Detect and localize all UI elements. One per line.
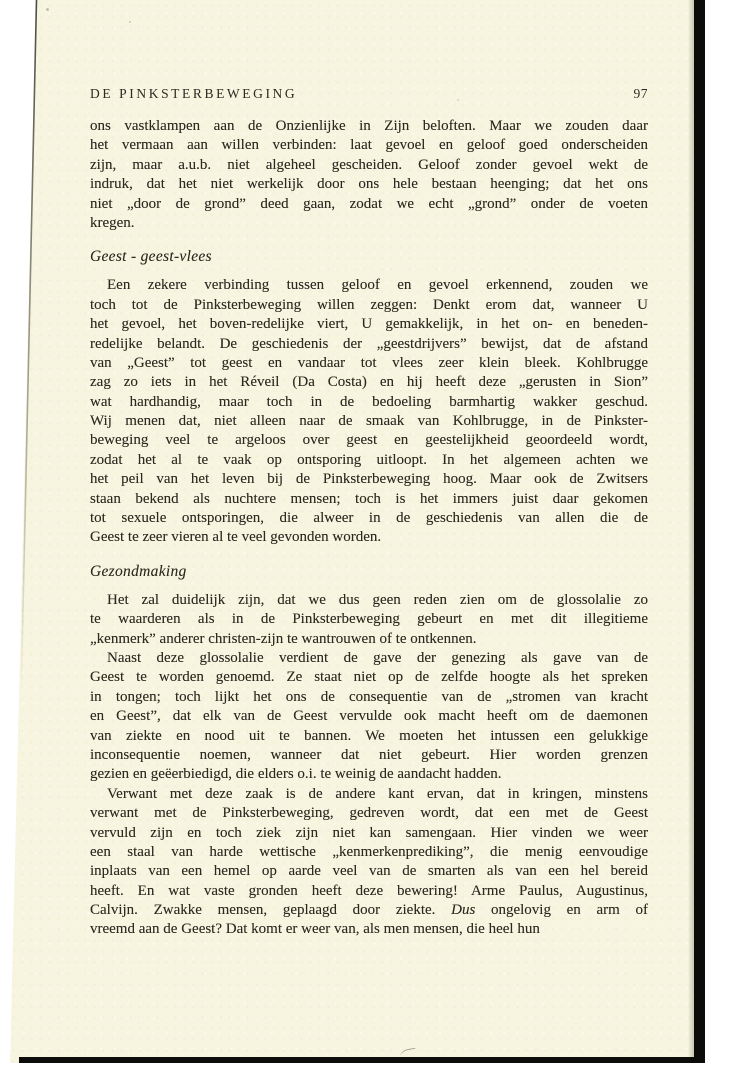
text-line: Het zal duidelijk zijn, dat we dus geen … (90, 591, 648, 610)
scan-speck (129, 21, 131, 23)
text-line: ons vastklampen aan de Onzienlijke in Zi… (90, 117, 648, 136)
text-line: niet „door de grond” deed gaan, zodat we… (90, 195, 648, 214)
text-line: en Geest”, dat elk van de Geest vervulde… (90, 707, 648, 726)
text-line: Een zekere verbinding tussen geloof en g… (90, 276, 648, 295)
text-line: Wij menen dat, niet alleen naar de smaak… (90, 412, 648, 431)
text-line: een staal van harde wettische „kenmerken… (90, 843, 648, 862)
text-line: Calvijn. Zwakke mensen, geplaagd door zi… (90, 901, 648, 920)
text-line: Naast deze glossolalie verdient de gave … (90, 649, 648, 668)
text-line: Geest te zeer vieren al te veel gevonden… (90, 528, 648, 547)
text-line: Verwant met deze zaak is de andere kant … (90, 785, 648, 804)
text-line: in tongen; toch lijkt het ons de consequ… (90, 688, 648, 707)
text-line: het gevoel, het boven-redelijke viert, U… (90, 315, 648, 334)
running-header: DE PINKSTERBEWEGING 97 (90, 86, 648, 102)
text-line: Geest te worden genoemd. Ze staat niet o… (90, 668, 648, 687)
page-body: ons vastklampen aan de Onzienlijke in Zi… (90, 117, 648, 940)
paragraph: Het zal duidelijk zijn, dat we dus geen … (90, 591, 648, 649)
paragraph: Een zekere verbinding tussen geloof en g… (90, 276, 648, 547)
scan-black-bar-right (694, 0, 705, 1063)
text-line: zijn, maar a.u.b. niet algeheel gescheid… (90, 156, 648, 175)
text-line: tot sexuele ontsporingen, die alweer in … (90, 509, 648, 528)
text-line: „kenmerk” anderer christen-zijn te wantr… (90, 630, 648, 649)
section-heading: Gezondmaking (90, 561, 648, 582)
text-line: verwant met de Pinksterbeweging, gedreve… (90, 804, 648, 823)
text-line: van ziekte en nood uit te bannen. We moe… (90, 727, 648, 746)
italic-text: Dus (451, 902, 475, 918)
text-line: kregen. (90, 214, 648, 233)
text-line: zag zo iets in het Réveil (Da Costa) en … (90, 373, 648, 392)
scan-black-bar-bottom (19, 1057, 705, 1063)
text-line: heeft. En wat vaste gronden heeft deze b… (90, 882, 648, 901)
paragraph: ons vastklampen aan de Onzienlijke in Zi… (90, 117, 648, 233)
text-line: indruk, dat het niet werkelijk door ons … (90, 175, 648, 194)
text-line: toch tot de Pinksterbeweging willen zegg… (90, 296, 648, 315)
text-segment: Calvijn. Zwakke mensen, geplaagd door zi… (90, 902, 451, 918)
text-line: inplaats van een hemel op aarde veel van… (90, 862, 648, 881)
section-heading: Geest - geest-vlees (90, 246, 648, 267)
text-line: vreemd aan de Geest? Dat komt er weer va… (90, 920, 648, 939)
text-segment: ongelovig en arm of (475, 902, 648, 918)
scan-speck (46, 8, 49, 11)
paragraph: Verwant met deze zaak is de andere kant … (90, 785, 648, 940)
text-line: beweging veel te argeloos over geest en … (90, 431, 648, 450)
running-title: DE PINKSTERBEWEGING (90, 86, 297, 102)
text-line: het vermaan aan willen verbinden: laat g… (90, 136, 648, 155)
text-line: inconsequentie noemen, wanneer dat niet … (90, 746, 648, 765)
text-line: zodat het al te vaak op ontsporing uitlo… (90, 451, 648, 470)
text-line: te waarderen als in de Pinksterbeweging … (90, 610, 648, 629)
text-line: redelijke belandt. De geschiedenis der „… (90, 335, 648, 354)
text-line: staan bekend als nuchtere mensen; toch i… (90, 490, 648, 509)
scanned-book-page: DE PINKSTERBEWEGING 97 ons vastklampen a… (0, 0, 738, 1068)
text-line: gezien en geëerbiedigd, die elders o.i. … (90, 765, 648, 784)
text-line: wat hardhandig, maar toch in de bedoelin… (90, 393, 648, 412)
text-line: van „Geest” tot geest en vandaar tot vle… (90, 354, 648, 373)
page-number: 97 (634, 86, 649, 102)
text-line: het peil van het leven bij de Pinksterbe… (90, 470, 648, 489)
text-line: vervuld zijn en toch ziek zijn niet kan … (90, 824, 648, 843)
paragraph: Naast deze glossolalie verdient de gave … (90, 649, 648, 785)
